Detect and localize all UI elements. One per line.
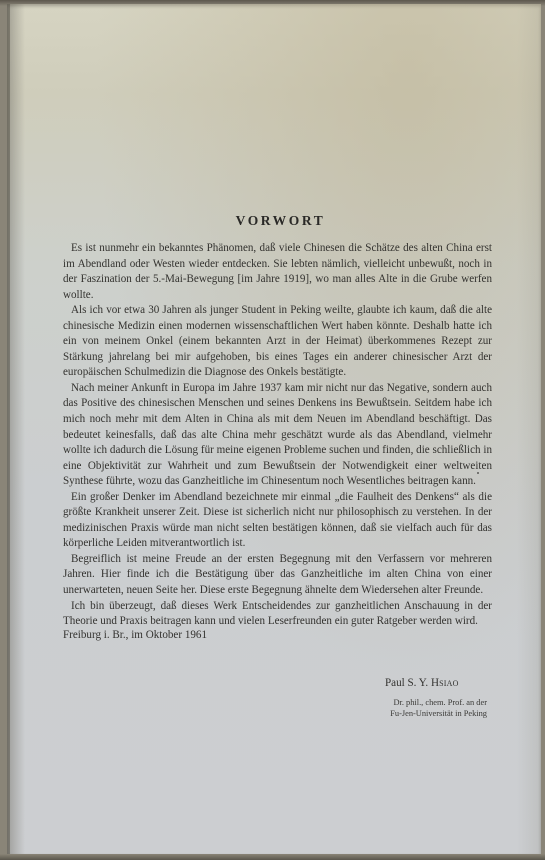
page-title: VORWORT [63, 213, 492, 229]
author-affiliation: Dr. phil., chem. Prof. an der Fu-Jen-Uni… [375, 697, 487, 719]
paragraph-3: Nach meiner Ankunft in Europa im Jahre 1… [63, 381, 492, 490]
paragraph-5: Begreiflich ist meine Freude an der erst… [63, 552, 492, 599]
book-page: VORWORT Es ist nunmehr ein bekanntes Phä… [7, 4, 541, 854]
author-surname: Hsiao [431, 677, 459, 689]
paper-speck [477, 472, 479, 474]
page-bottom-edge [0, 854, 545, 860]
paragraph-6: Ich bin überzeugt, daß dieses Werk Entsc… [63, 599, 492, 630]
book-page-photo: VORWORT Es ist nunmehr ein bekanntes Phä… [0, 0, 545, 860]
author-name: Paul S. Y. [385, 677, 431, 689]
paragraph-2: Als ich vor etwa 30 Jahren als junger St… [63, 303, 492, 381]
affiliation-line-1: Dr. phil., chem. Prof. an der [375, 697, 487, 708]
place-date: Freiburg i. Br., im Oktober 1961 [63, 629, 207, 641]
preface-body: VORWORT Es ist nunmehr ein bekanntes Phä… [63, 213, 492, 630]
paragraph-1: Es ist nunmehr ein bekanntes Phänomen, d… [63, 241, 492, 303]
author-signature: Paul S. Y. Hsiao [385, 677, 459, 689]
paragraph-4: Ein großer Denker im Abendland bezeichne… [63, 490, 492, 552]
affiliation-line-2: Fu-Jen-Universität in Peking [375, 708, 487, 719]
